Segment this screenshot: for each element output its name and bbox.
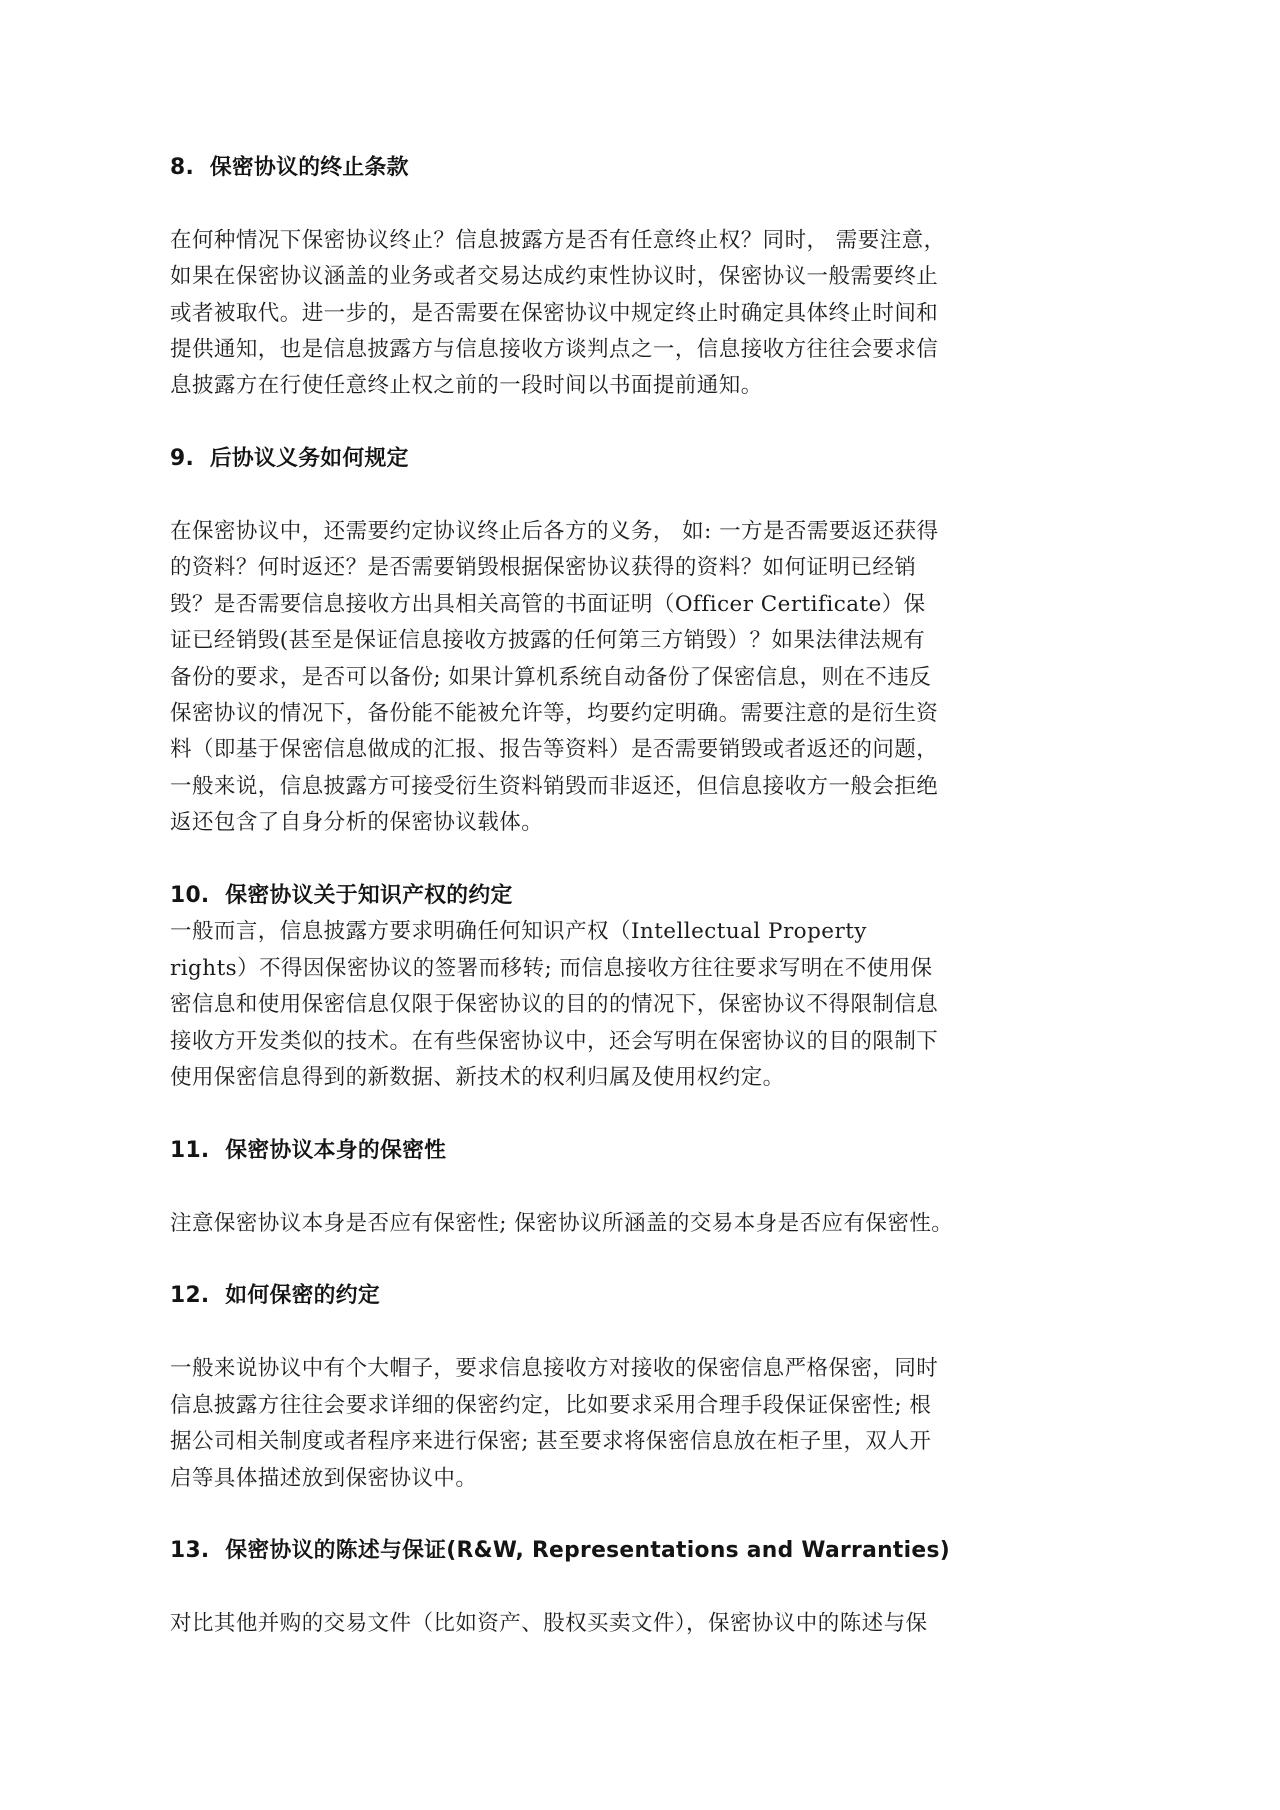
paragraph-line: 保密协议的情况下，备份能不能被允许等，均要约定明确。需要注意的是衍生资: [170, 696, 1170, 732]
paragraph-line: 使用保密信息得到的新数据、新技术的权利归属及使用权约定。: [170, 1060, 1170, 1096]
paragraph-line: 据公司相关制度或者程序来进行保密; 甚至要求将保密信息放在柜子里，双人开: [170, 1424, 1170, 1460]
paragraph-line: 返还包含了自身分析的保密协议载体。: [170, 805, 1170, 841]
paragraph-line: 启等具体描述放到保密协议中。: [170, 1461, 1170, 1497]
section-12-paragraph: 一般来说协议中有个大帽子，要求信息接收方对接收的保密信息严格保密，同时 信息披露…: [170, 1351, 1170, 1497]
section-12-heading: 12. 如何保密的约定: [170, 1278, 1170, 1314]
paragraph-line: 在何种情况下保密协议终止？信息披露方是否有任意终止权？同时， 需要注意，: [170, 223, 1170, 259]
section-13-heading: 13. 保密协议的陈述与保证(R&W, Representations and …: [170, 1533, 1170, 1569]
paragraph-line: 如果在保密协议涵盖的业务或者交易达成约束性协议时，保密协议一般需要终止: [170, 259, 1170, 295]
heading-text: 9. 后协议义务如何规定: [170, 441, 1170, 477]
section-8-paragraph: 在何种情况下保密协议终止？信息披露方是否有任意终止权？同时， 需要注意， 如果在…: [170, 223, 1170, 405]
paragraph-line: 一般而言，信息披露方要求明确任何知识产权（Intellectual Proper…: [170, 914, 1170, 950]
paragraph-line: rights）不得因保密协议的签署而移转; 而信息接收方往往要求写明在不使用保: [170, 951, 1170, 987]
paragraph-line: 息披露方在行使任意终止权之前的一段时间以书面提前通知。: [170, 368, 1170, 404]
paragraph-line: 证已经销毁(甚至是保证信息接收方披露的任何第三方销毁）？如果法律法规有: [170, 623, 1170, 659]
paragraph-line: 在保密协议中，还需要约定协议终止后各方的义务， 如: 一方是否需要返还获得: [170, 514, 1170, 550]
section-11-heading: 11. 保密协议本身的保密性: [170, 1133, 1170, 1169]
heading-text: 11. 保密协议本身的保密性: [170, 1133, 1170, 1169]
paragraph-line: 备份的要求，是否可以备份; 如果计算机系统自动备份了保密信息，则在不违反: [170, 660, 1170, 696]
paragraph-line: 毁？是否需要信息接收方出具相关高管的书面证明（Officer Certifica…: [170, 587, 1170, 623]
paragraph-line: 对比其他并购的交易文件（比如资产、股权买卖文件），保密协议中的陈述与保: [170, 1606, 1170, 1642]
paragraph-line: 或者被取代。进一步的，是否需要在保密协议中规定终止时确定具体终止时间和: [170, 296, 1170, 332]
section-11-paragraph: 注意保密协议本身是否应有保密性; 保密协议所涵盖的交易本身是否应有保密性。: [170, 1206, 1170, 1242]
paragraph-line: 信息披露方往往会要求详细的保密约定，比如要求采用合理手段保证保密性; 根: [170, 1388, 1170, 1424]
heading-text: 13. 保密协议的陈述与保证(R&W, Representations and …: [170, 1533, 1170, 1569]
heading-text: 8. 保密协议的终止条款: [170, 150, 1170, 186]
paragraph-line: 一般来说，信息披露方可接受衍生资料销毁而非返还，但信息接收方一般会拒绝: [170, 769, 1170, 805]
heading-text: 10. 保密协议关于知识产权的约定: [170, 878, 1170, 914]
section-10-paragraph: 一般而言，信息披露方要求明确任何知识产权（Intellectual Proper…: [170, 914, 1170, 1096]
section-9-paragraph: 在保密协议中，还需要约定协议终止后各方的义务， 如: 一方是否需要返还获得 的资…: [170, 514, 1170, 842]
paragraph-line: 提供通知，也是信息披露方与信息接收方谈判点之一，信息接收方往往会要求信: [170, 332, 1170, 368]
paragraph-line: 密信息和使用保密信息仅限于保密协议的目的的情况下，保密协议不得限制信息: [170, 987, 1170, 1023]
paragraph-line: 料（即基于保密信息做成的汇报、报告等资料）是否需要销毁或者返还的问题，: [170, 732, 1170, 768]
paragraph-line: 的资料？何时返还？是否需要销毁根据保密协议获得的资料？如何证明已经销: [170, 550, 1170, 586]
document-page: 8. 保密协议的终止条款 在何种情况下保密协议终止？信息披露方是否有任意终止权？…: [0, 0, 1280, 1810]
paragraph-line: 接收方开发类似的技术。在有些保密协议中，还会写明在保密协议的目的限制下: [170, 1024, 1170, 1060]
section-9-heading: 9. 后协议义务如何规定: [170, 441, 1170, 477]
section-8-heading: 8. 保密协议的终止条款: [170, 150, 1170, 186]
section-10-heading: 10. 保密协议关于知识产权的约定: [170, 878, 1170, 914]
section-13-paragraph: 对比其他并购的交易文件（比如资产、股权买卖文件），保密协议中的陈述与保: [170, 1606, 1170, 1642]
heading-text: 12. 如何保密的约定: [170, 1278, 1170, 1314]
paragraph-line: 一般来说协议中有个大帽子，要求信息接收方对接收的保密信息严格保密，同时: [170, 1351, 1170, 1387]
paragraph-line: 注意保密协议本身是否应有保密性; 保密协议所涵盖的交易本身是否应有保密性。: [170, 1206, 1170, 1242]
